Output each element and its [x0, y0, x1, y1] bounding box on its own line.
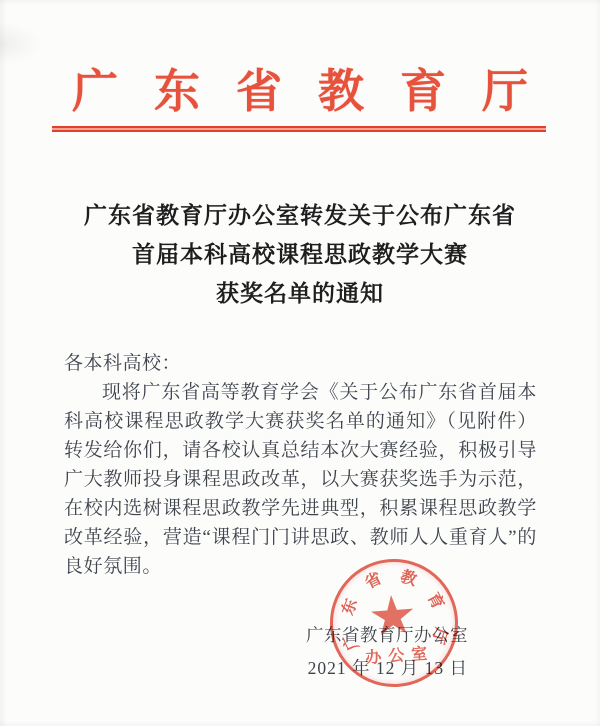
salutation: 各本科高校： [64, 349, 537, 378]
document-title-line: 首届本科高校课程思政教学大赛 [56, 235, 544, 274]
letterhead-char: 省 [236, 68, 282, 116]
seal-arc-char: 省 [363, 571, 384, 592]
letterhead-char: 教 [318, 68, 364, 116]
seal-arc-char: 东 [341, 597, 362, 618]
document-title-line: 获奖名单的通知 [56, 274, 544, 313]
letterhead-char: 厅 [482, 68, 528, 116]
body-paragraph: 现将广东省高等教育学会《关于公布广东省首届本科高校课程思政教学大赛获奖名单的通知… [64, 378, 537, 581]
seal-arc-char: 厅 [428, 626, 448, 646]
seal-arc-char: 广 [341, 631, 362, 652]
seal-arc-char: 育 [424, 591, 446, 613]
document-title: 广东省教育厅办公室转发关于公布广东省 首届本科高校课程思政教学大赛 获奖名单的通… [56, 196, 544, 313]
document-body: 各本科高校： 现将广东省高等教育学会《关于公布广东省首届本科高校课程思政教学大赛… [64, 349, 537, 581]
letterhead-divider-rule [52, 126, 546, 132]
seal-arc-text: 广 东 省 教 育 厅 [326, 555, 463, 692]
document-title-line: 广东省教育厅办公室转发关于公布广东省 [56, 196, 544, 235]
scanned-official-document: 广 东 省 教 育 厅 广东省教育厅办公室转发关于公布广东省 首届本科高校课程思… [0, 0, 600, 726]
agency-letterhead: 广 东 省 教 育 厅 [72, 68, 528, 116]
seal-arc-char: 教 [398, 569, 418, 589]
letterhead-char: 广 [72, 68, 118, 116]
official-seal: 广 东 省 教 育 厅 办公室 [326, 555, 463, 692]
letterhead-char: 东 [154, 68, 200, 116]
letterhead-char: 育 [400, 68, 446, 116]
